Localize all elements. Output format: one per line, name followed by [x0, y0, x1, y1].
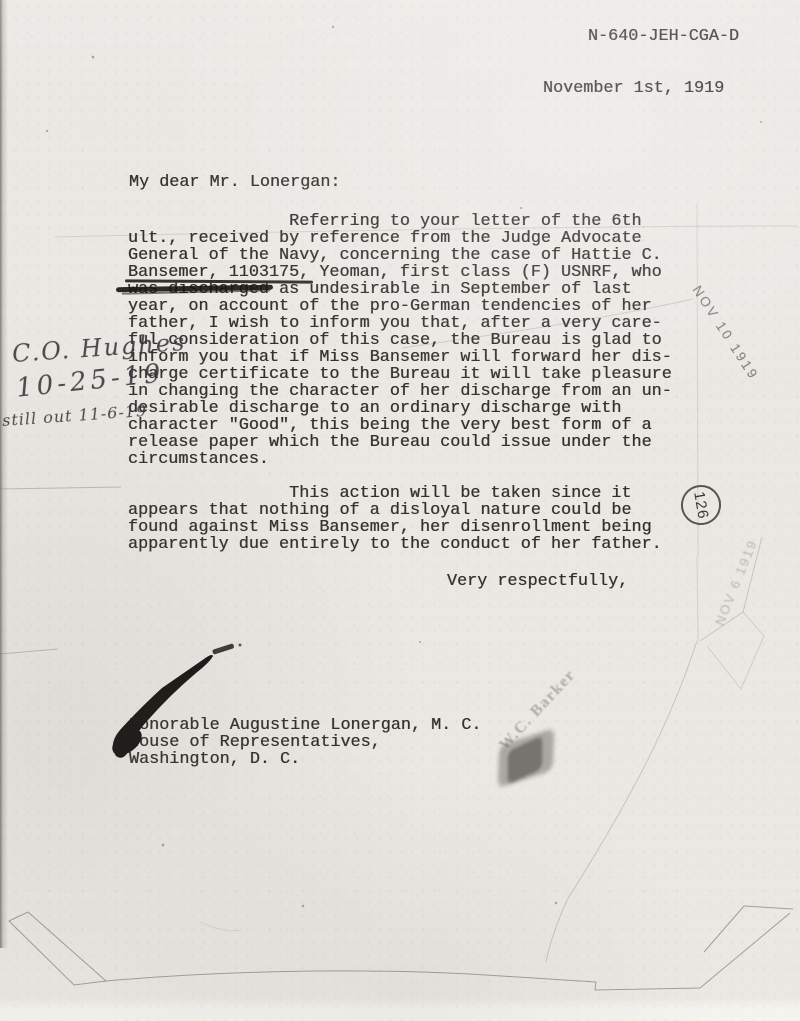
scan-bottom-margin [0, 999, 800, 1021]
typed-line: appears that nothing of a disloyal natur… [128, 502, 662, 519]
typed-line: character "Good", this being the very be… [128, 417, 672, 434]
ink-blot-speck [239, 644, 242, 647]
circular-number-stamp: 126 [678, 482, 724, 528]
scan-left-edge-shadow [0, 0, 8, 948]
bottom-right-fold [744, 906, 793, 909]
crease-line [0, 649, 58, 654]
ink-blot-dash [212, 643, 234, 655]
circular-stamp-number: 126 [690, 490, 712, 521]
reference-number: N-640-JEH-CGA-D [588, 28, 739, 45]
bottom-right-fold [700, 913, 790, 988]
bottom-paper-edge [106, 971, 596, 982]
closing-line: Very respectfully, [447, 573, 628, 590]
salutation: My dear Mr. Lonergan: [129, 174, 340, 191]
bottom-left-fold [9, 921, 106, 985]
typed-line: father, I wish to inform you that, after… [128, 315, 672, 332]
typed-line: circumstances. [128, 451, 672, 468]
typed-line: General of the Navy, concerning the case… [128, 247, 672, 264]
date-line: November 1st, 1919 [543, 80, 724, 97]
received-date-stamp: NOV 10 1919 [689, 283, 761, 383]
typed-line: was discharged as undesirable in Septemb… [128, 281, 672, 298]
bottom-right-fold [704, 906, 744, 952]
typed-line: ult., received by reference from the Jud… [128, 230, 672, 247]
crease-line [0, 487, 121, 489]
typed-line: This action will be taken since it [128, 485, 662, 502]
typed-line: year, on account of the pro-German tende… [128, 298, 672, 315]
typed-line: release paper which the Bureau could iss… [128, 434, 672, 451]
typed-line: in changing the character of her dischar… [128, 383, 672, 400]
handwritten-note: still out 11-6-19 [2, 401, 148, 430]
typed-line: desirable discharge to an ordinary disch… [128, 400, 672, 417]
typed-line: Bansemer, 1103175, Yeoman, first class (… [128, 264, 672, 281]
typed-line: inform you that if Miss Bansemer will fo… [128, 349, 672, 366]
crease-line [200, 922, 242, 931]
scanned-letter-page: N-640-JEH-CGA-D November 1st, 1919 My de… [0, 0, 800, 1021]
typed-line: charge certificate to the Bureau it will… [128, 366, 672, 383]
fold-line [697, 556, 698, 641]
body-paragraph-1: Referring to your letter of the 6th ult.… [128, 213, 672, 468]
typed-line: found against Miss Bansemer, her disenro… [128, 519, 662, 536]
body-paragraph-2: This action will be taken since it appea… [128, 485, 662, 553]
typed-line: apparently due entirely to the conduct o… [128, 536, 662, 553]
bottom-left-fold [9, 912, 106, 981]
typed-line: ful consideration of this case, the Bure… [128, 332, 672, 349]
bottom-paper-edge [595, 982, 700, 990]
ink-blot [100, 640, 260, 770]
typed-line: Referring to your letter of the 6th [128, 213, 672, 230]
faint-date-stamp: NOV 6 1919 [712, 537, 760, 627]
pen-struck-text: was discharged [128, 280, 269, 299]
